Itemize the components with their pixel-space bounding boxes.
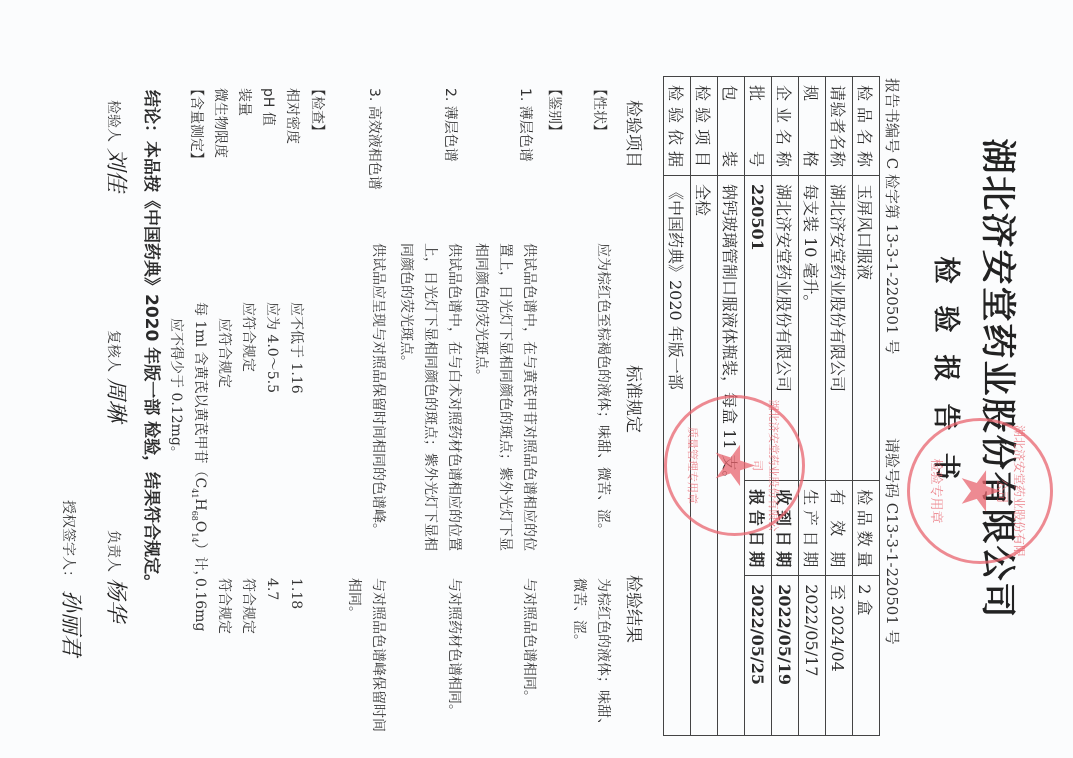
- relative-density-result: 1.18: [284, 578, 308, 738]
- microbial-limit-result: 符合规定: [212, 578, 236, 738]
- expiry: 至 2024/04: [826, 576, 853, 736]
- quantity: 2 盒: [853, 576, 880, 736]
- properties-standard: 应为棕红色至棕褐色的液体；味甜、微苦、涩。: [591, 243, 615, 553]
- inspection-seal: 湖北济安堂药业股份有限公司 ★ 检验专用章: [907, 418, 1053, 564]
- test-items-label: 检验项目: [691, 77, 718, 176]
- ph-name: pH 值: [259, 88, 279, 126]
- identification-2-name: 2. 薄层色谱: [441, 88, 461, 162]
- conclusion: 结论：本品按《中国药典》2020 年版一部 检验，结果符合规定。: [141, 90, 166, 591]
- identification-3-name: 3. 高效液相色谱: [365, 88, 385, 190]
- requester: 湖北济安堂药业股份有限公司: [826, 176, 853, 481]
- product-name-label: 检品名称: [853, 77, 880, 176]
- fill-volume-result: 符合规定: [236, 578, 260, 738]
- batch-label: 批号: [745, 77, 772, 176]
- spec: 每支装 10 毫升。: [799, 176, 826, 481]
- requester-label: 请验者名称: [826, 77, 853, 176]
- identification-heading: 【鉴别】: [545, 82, 565, 138]
- assay-result: 0.16mg: [188, 578, 212, 738]
- properties-result: 为棕红色的液体；味甜、微苦、涩。: [567, 578, 615, 738]
- star-icon: ★: [708, 441, 762, 489]
- authorized-signature: 孙丽君: [58, 590, 83, 656]
- properties-heading: 【性状】: [590, 82, 610, 138]
- identification-3-standard: 供试品应呈现与对照品保留时间相同的色谱峰。: [366, 243, 390, 553]
- identification-1-name: 1. 薄层色谱: [516, 88, 536, 162]
- inspector-signature: 刘佳: [103, 148, 128, 192]
- document-title: 检验报告书: [929, 0, 968, 758]
- production-date: 2022/05/17: [799, 576, 826, 736]
- column-result-heading: 检验结果: [623, 575, 648, 643]
- production-date-label: 生产日期: [799, 481, 826, 576]
- product-name: 玉屏风口服液: [853, 176, 880, 481]
- microbial-limit-name: 微生物限度: [211, 88, 231, 158]
- quality-seal: 湖北济安堂药业股份有限公司 ★ 质量管理专用章: [664, 395, 805, 536]
- received-date: 2022/05/19: [772, 576, 799, 736]
- assay-heading: 【含量测定】: [187, 82, 207, 166]
- spec-label: 规格: [799, 77, 826, 176]
- identification-2-standard: 供试品色谱中，在与白术对照药材色谱相应的位置上，日光灯下显相同颜色的斑点；紫外光…: [394, 243, 466, 553]
- request-number: 请验号码 C13-3-1-220501 号: [882, 438, 903, 645]
- enterprise-label: 企业名称: [772, 77, 799, 176]
- supervisor-signature: 杨华: [103, 578, 128, 622]
- column-item-heading: 检验项目: [623, 100, 648, 168]
- identification-3-result: 与对照品色谱峰保留时间相同。: [342, 578, 390, 738]
- relative-density-standard: 应不低于 1.16: [284, 302, 308, 612]
- ph-standard: 应为 4.0～5.5: [260, 302, 284, 612]
- table-row: 检品名称 玉屏风口服液 检品数量 2 盒: [853, 77, 880, 736]
- identification-1-standard: 供试品色谱中，在与黄芪甲苷对照品色谱相应的位置上，日光灯下显相同颜色的斑点；紫外…: [469, 243, 541, 553]
- relative-density-name: 相对密度: [283, 88, 303, 144]
- column-standard-heading: 标准规定: [623, 365, 648, 433]
- star-icon: ★: [953, 467, 1007, 515]
- ph-result: 4.7: [260, 578, 284, 738]
- fill-volume-standard: 应符合规定: [236, 302, 260, 612]
- quantity-label: 检品数量: [853, 481, 880, 576]
- inspection-heading: 【检查】: [308, 82, 328, 138]
- packaging-label: 包装: [718, 77, 745, 176]
- fill-volume-name: 装量: [235, 88, 255, 116]
- report-page: 湖北济安堂药业股份有限公司 检验报告书 报告书编号 C 检字第 13-3-1-2…: [0, 0, 1073, 758]
- reviewer-signature: 周琳: [103, 378, 128, 422]
- report-number: 报告书编号 C 检字第 13-3-1-220501 号: [882, 78, 903, 354]
- identification-2-result: 与对照药材色谱相同。: [442, 578, 466, 738]
- report-date: 2022/05/25: [745, 576, 772, 736]
- expiry-label: 有 效 期: [826, 481, 853, 576]
- inspector: 检验人刘佳: [102, 100, 133, 192]
- basis-label: 检验依据: [664, 77, 691, 176]
- supervisor: 负责人杨华: [102, 530, 133, 622]
- table-row: 请验者名称 湖北济安堂药业股份有限公司 有 效 期 至 2024/04: [826, 77, 853, 736]
- reviewer: 复核人周琳: [102, 330, 133, 422]
- table-row: 规格 每支装 10 毫升。 生产日期 2022/05/17: [799, 77, 826, 736]
- assay-standard-limit: 应不得少于 0.12mg。: [164, 318, 188, 628]
- identification-1-result: 与对照品色谱相同。: [517, 578, 541, 738]
- company-name: 湖北济安堂药业股份有限公司: [975, 0, 1025, 758]
- authorized-signatory: 授权签字人：孙丽君: [57, 500, 88, 656]
